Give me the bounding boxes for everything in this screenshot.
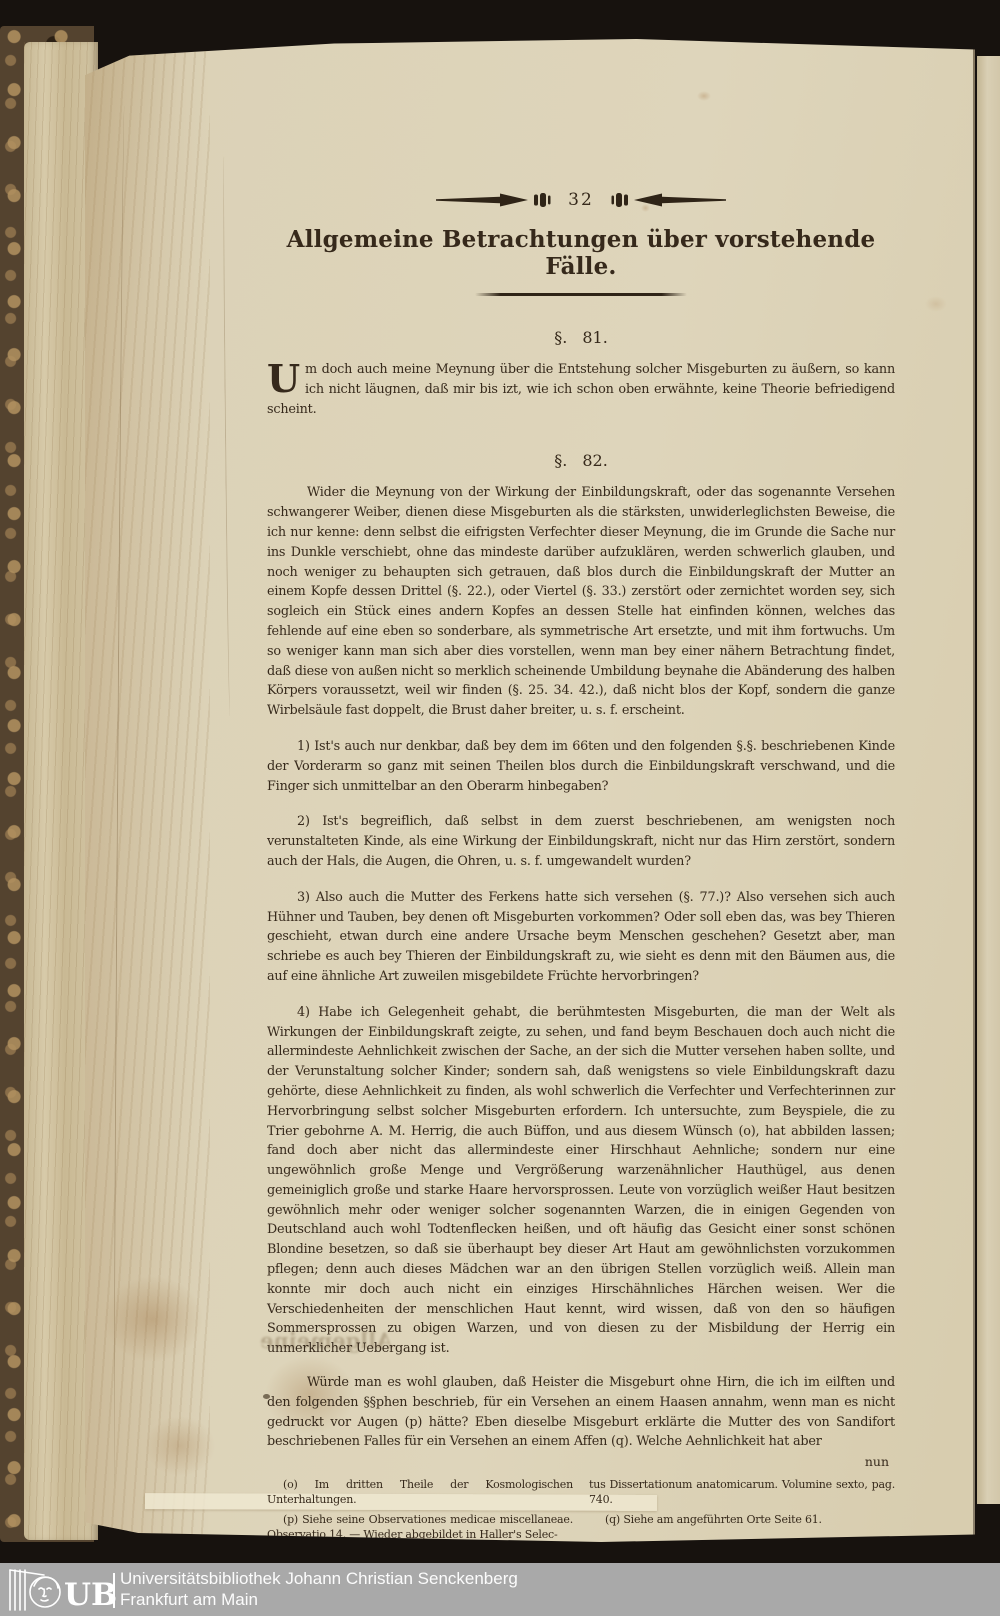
numbered-item-3: 3) Also auch die Mutter des Ferkens hatt… bbox=[267, 888, 895, 987]
paragraph-81-text: m doch auch meine Meynung über die Entst… bbox=[267, 362, 895, 417]
paragraph-82: Wider die Meynung von der Wirkung der Ei… bbox=[267, 483, 895, 721]
footnote-p-continuation: tus Dissertationum anatomicarum. Volumin… bbox=[589, 1478, 895, 1507]
footnote-column-right: tus Dissertationum anatomicarum. Volumin… bbox=[589, 1478, 895, 1548]
page-number-row: 32 bbox=[267, 190, 895, 210]
catchword: nun bbox=[267, 1454, 895, 1469]
footnote-o: (o) Im dritten Theile der Kosmologischen… bbox=[267, 1478, 573, 1507]
footnote-p: (p) Siehe seine Observationes medicae mi… bbox=[267, 1513, 573, 1542]
paper-crack-2 bbox=[222, 156, 232, 716]
ornament-right-icon bbox=[608, 192, 726, 208]
ub-logo-text: UB bbox=[64, 1577, 117, 1613]
ornament-left-icon bbox=[436, 192, 554, 208]
library-banner: UB Universitätsbibliothek Johann Christi… bbox=[0, 1563, 1000, 1616]
library-name-block: Universitätsbibliothek Johann Christian … bbox=[120, 1568, 518, 1610]
section-heading-82: §. 82. bbox=[267, 451, 895, 470]
footnote-column-left: (o) Im dritten Theile der Kosmologischen… bbox=[267, 1478, 573, 1548]
footnotes: (o) Im dritten Theile der Kosmologischen… bbox=[267, 1478, 895, 1548]
numbered-item-2: 2) Ist's begreiflich, daß selbst in dem … bbox=[267, 812, 895, 871]
scanned-page: Allgemeine 32 bbox=[85, 36, 975, 1542]
ub-library-logo-icon: UB bbox=[8, 1566, 120, 1613]
footnote-q: (q) Siehe am angeführten Orte Seite 61. bbox=[589, 1513, 895, 1528]
page-number: 32 bbox=[568, 190, 594, 210]
foxing-spot bbox=[697, 91, 711, 101]
numbered-item-1: 1) Ist's auch nur denkbar, daß bey dem i… bbox=[267, 737, 895, 796]
library-name: Universitätsbibliothek Johann Christian … bbox=[120, 1568, 518, 1589]
paragraph-81: Um doch auch meine Meynung über die Ents… bbox=[267, 360, 895, 419]
page-title: Allgemeine Betrachtungen über vorstehend… bbox=[267, 226, 895, 280]
left-edge-stain bbox=[85, 36, 210, 1542]
foxing-spot bbox=[925, 296, 947, 312]
numbered-item-4: 4) Habe ich Gelegenheit gehabt, die berü… bbox=[267, 1003, 895, 1359]
page-content: 32 Allgemeine Betrachtungen über vorsteh… bbox=[267, 186, 895, 1548]
title-rule bbox=[475, 293, 687, 296]
closing-paragraph: Würde man es wohl glauben, daß Heister d… bbox=[267, 1373, 895, 1452]
adjacent-page-edge bbox=[977, 56, 1000, 1504]
section-heading-81: §. 81. bbox=[267, 328, 895, 347]
library-city: Frankfurt am Main bbox=[120, 1589, 518, 1610]
book-scan-viewer: Allgemeine 32 bbox=[0, 0, 1000, 1616]
dropcap-initial: U bbox=[267, 362, 300, 396]
